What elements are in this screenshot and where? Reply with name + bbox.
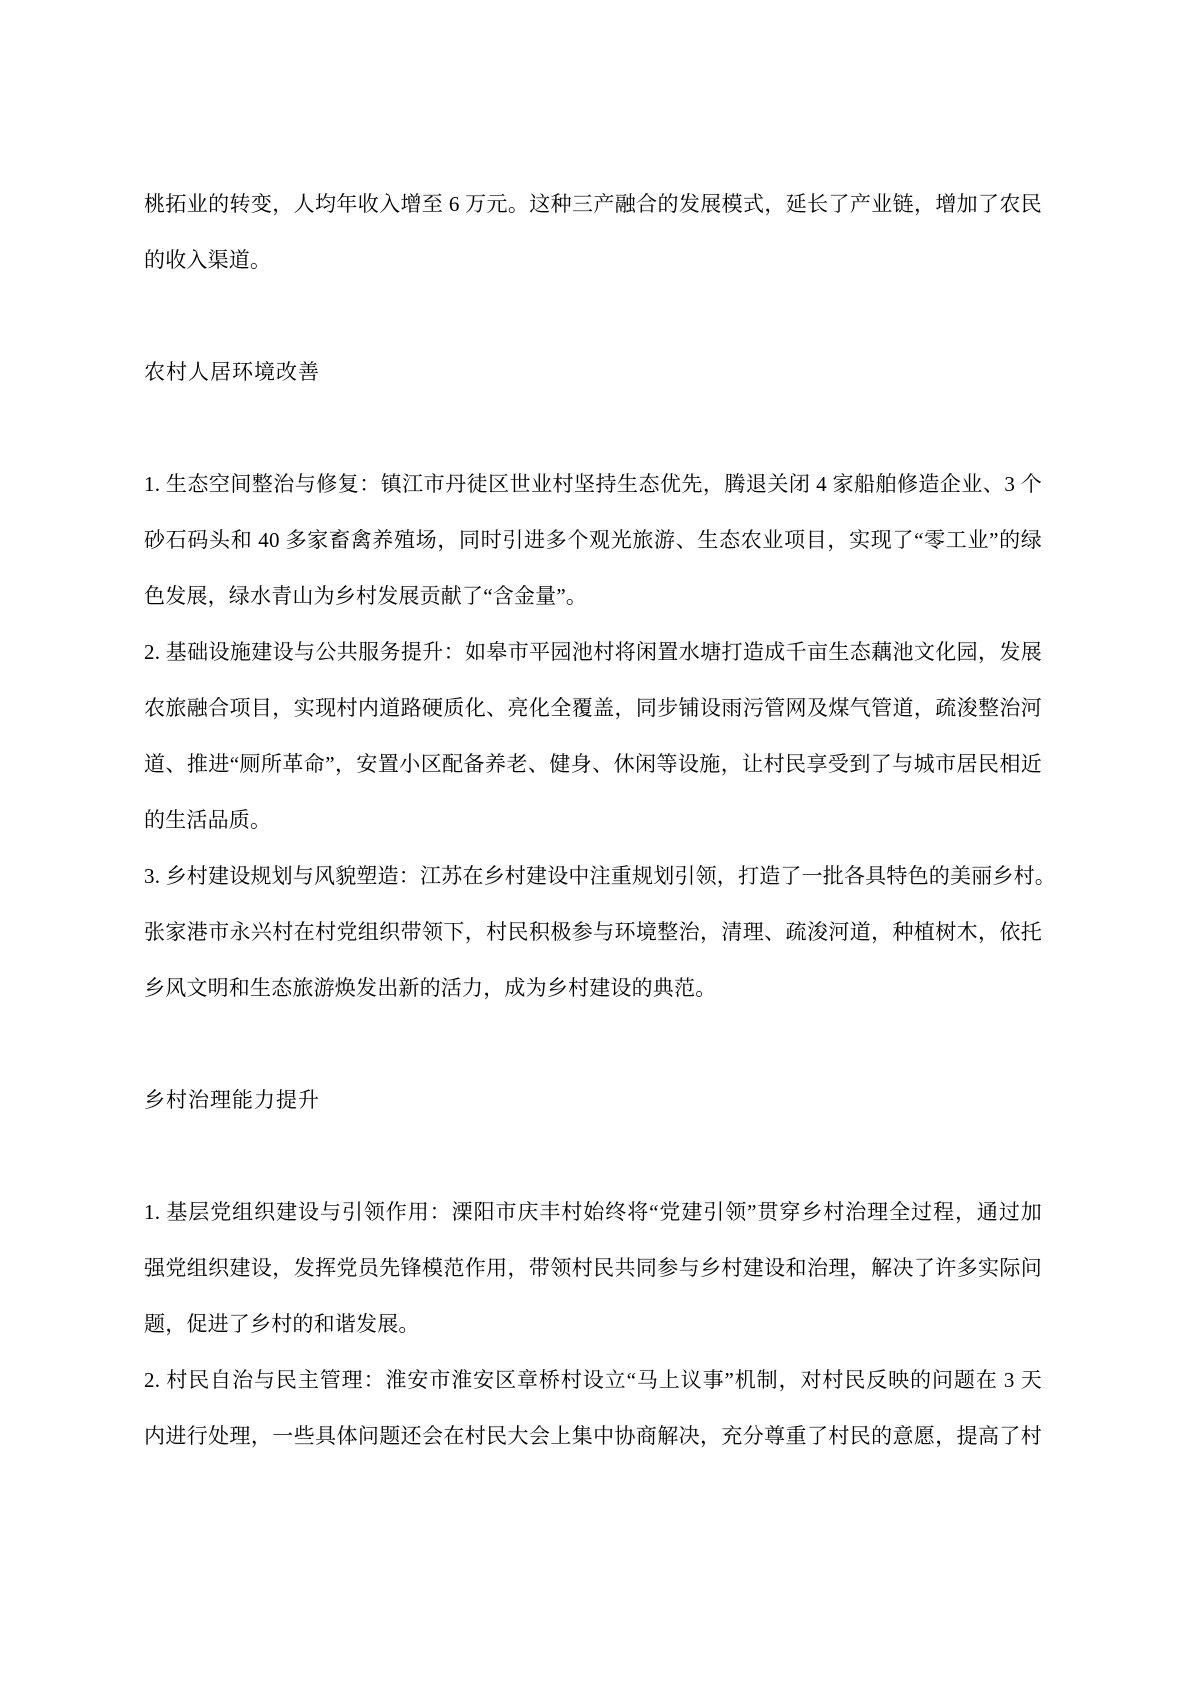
doc-line: 乡风文明和生态旅游焕发出新的活力，成为乡村建设的典范。 — [144, 960, 1042, 1016]
doc-line: 3. 乡村建设规划与风貌塑造：江苏在乡村建设中注重规划引领，打造了一批各具特色的… — [144, 848, 1042, 904]
doc-line: 桃拓业的转变，人均年收入增至 6 万元。这种三产融合的发展模式，延长了产业链，增… — [144, 176, 1042, 232]
doc-line: 强党组织建设，发挥党员先锋模范作用，带领村民共同参与乡村建设和治理，解决了许多实… — [144, 1240, 1042, 1296]
doc-line: 内进行处理，一些具体问题还会在村民大会上集中协商解决，充分尊重了村民的意愿，提高… — [144, 1408, 1042, 1464]
doc-line: 1. 生态空间整治与修复：镇江市丹徒区世业村坚持生态优先，腾退关闭 4 家船舶修… — [144, 456, 1042, 512]
doc-line: 色发展，绿水青山为乡村发展贡献了“含金量”。 — [144, 568, 1042, 624]
doc-line: 2. 基础设施建设与公共服务提升：如皋市平园池村将闲置水塘打造成千亩生态藕池文化… — [144, 624, 1042, 680]
doc-line: 的生活品质。 — [144, 792, 1042, 848]
doc-line: 砂石码头和 40 多家畜禽养殖场，同时引进多个观光旅游、生态农业项目，实现了“零… — [144, 512, 1042, 568]
doc-line: 1. 基层党组织建设与引领作用：溧阳市庆丰村始终将“党建引领”贯穿乡村治理全过程… — [144, 1184, 1042, 1240]
doc-line: 的收入渠道。 — [144, 232, 1042, 288]
doc-line: 张家港市永兴村在村党组织带领下，村民积极参与环境整治，清理、疏浚河道，种植树木，… — [144, 904, 1042, 960]
section-heading-governance: 乡村治理能力提升 — [144, 1072, 1042, 1128]
section-heading-environment: 农村人居环境改善 — [144, 344, 1042, 400]
doc-line: 农旅融合项目，实现村内道路硬质化、亮化全覆盖，同步铺设雨污管网及煤气管道，疏浚整… — [144, 680, 1042, 736]
doc-line: 2. 村民自治与民主管理：淮安市淮安区章桥村设立“马上议事”机制，对村民反映的问… — [144, 1352, 1042, 1408]
doc-line: 题，促进了乡村的和谐发展。 — [144, 1296, 1042, 1352]
doc-line: 道、推进“厕所革命”，安置小区配备养老、健身、休闲等设施，让村民享受到了与城市居… — [144, 736, 1042, 792]
document-page: 桃拓业的转变，人均年收入增至 6 万元。这种三产融合的发展模式，延长了产业链，增… — [0, 0, 1190, 1683]
